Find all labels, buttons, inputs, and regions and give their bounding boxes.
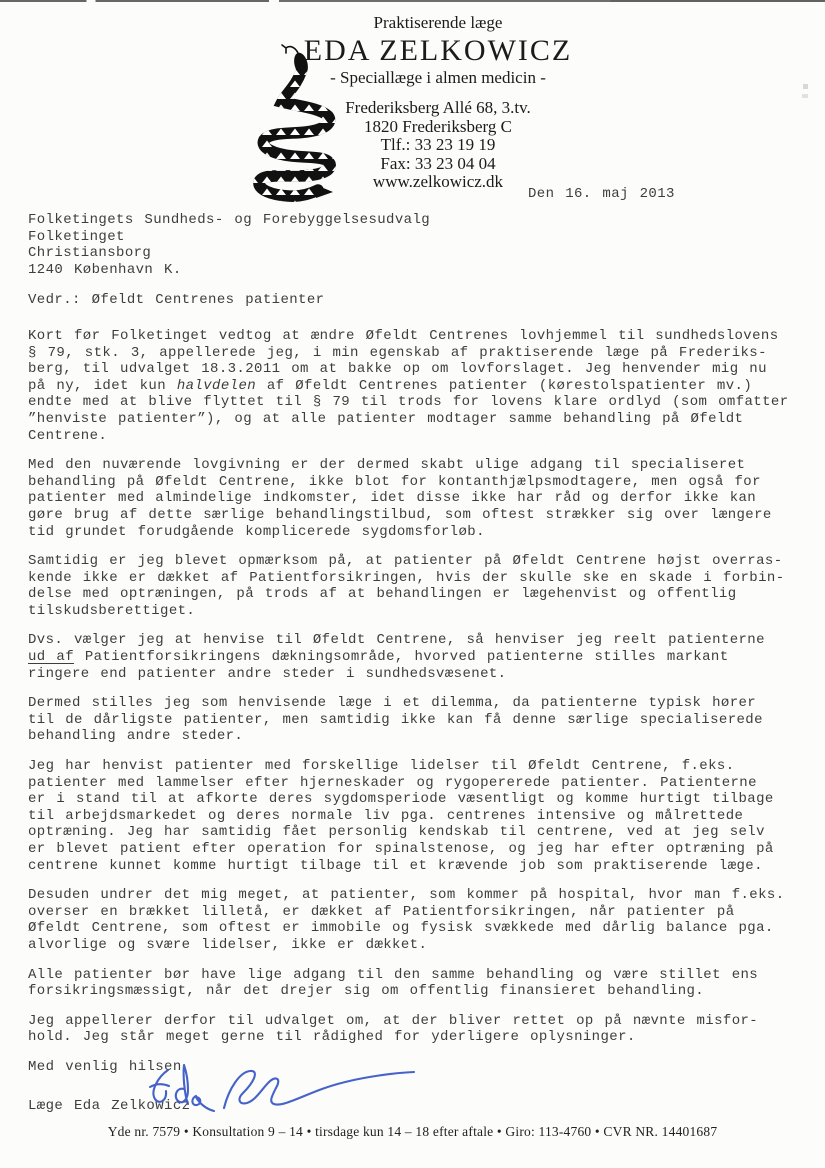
scan-artifact-topline: [0, 0, 825, 2]
paragraph: Samtidig er jeg blevet opmærksom på, at …: [28, 553, 812, 619]
paragraph: Jeg har henvist patienter med forskellig…: [28, 758, 812, 874]
letterhead: Praktiserende læge EDA ZELKOWICZ - Speci…: [277, 13, 599, 192]
letterhead-profession: Praktiserende læge: [277, 13, 599, 33]
paragraph: Alle patienter bør have lige adgang til …: [28, 967, 812, 1000]
subject-line: Vedr.: Øfeldt Centrenes patienter: [28, 292, 812, 309]
scan-artifact-smudge: [802, 94, 808, 98]
letterhead-doctor-name: EDA ZELKOWICZ: [277, 34, 599, 67]
letter-paragraphs: Kort før Folketinget vedtog at ændre Øfe…: [28, 328, 812, 1046]
paragraph: Desuden undrer det mig meget, at patient…: [28, 887, 812, 953]
scanned-letter-page: Praktiserende læge EDA ZELKOWICZ - Speci…: [0, 0, 825, 1168]
footer-info: Yde nr. 7579 • Konsultation 9 – 14 • tir…: [0, 1124, 825, 1140]
letterhead-phone: Tlf.: 33 23 19 19: [277, 136, 599, 155]
paragraph: Kort før Folketinget vedtog at ændre Øfe…: [28, 328, 812, 444]
letterhead-street: Frederiksberg Allé 68, 3.tv.: [277, 99, 599, 118]
closing-salutation: Med venlig hilsen: [28, 1059, 812, 1076]
signer-name: Læge Eda Zelkowicz: [28, 1098, 190, 1114]
recipient-address: Folketingets Sundheds- og Forebyggelsesu…: [28, 212, 812, 278]
paragraph: Dermed stilles jeg som henvisende læge i…: [28, 695, 812, 745]
paragraph: Med den nuværende lovgivning er der derm…: [28, 457, 812, 540]
scan-artifact-smudge: [803, 84, 808, 89]
letterhead-fax: Fax: 33 23 04 04: [277, 155, 599, 174]
paragraph: Jeg appellerer derfor til udvalget om, a…: [28, 1013, 812, 1046]
letterhead-contact-block: Frederiksberg Allé 68, 3.tv. 1820 Freder…: [277, 99, 599, 192]
letter-body: Folketingets Sundheds- og Forebyggelsesu…: [28, 212, 812, 1116]
letterhead-specialty: - Speciallæge i almen medicin -: [277, 68, 599, 88]
date-line: Den 16. maj 2013: [528, 186, 675, 203]
signature-block: Læge Eda Zelkowicz: [28, 1098, 812, 1116]
paragraph: Dvs. vælger jeg at henvise til Øfeldt Ce…: [28, 632, 812, 682]
letterhead-city: 1820 Frederiksberg C: [277, 118, 599, 137]
